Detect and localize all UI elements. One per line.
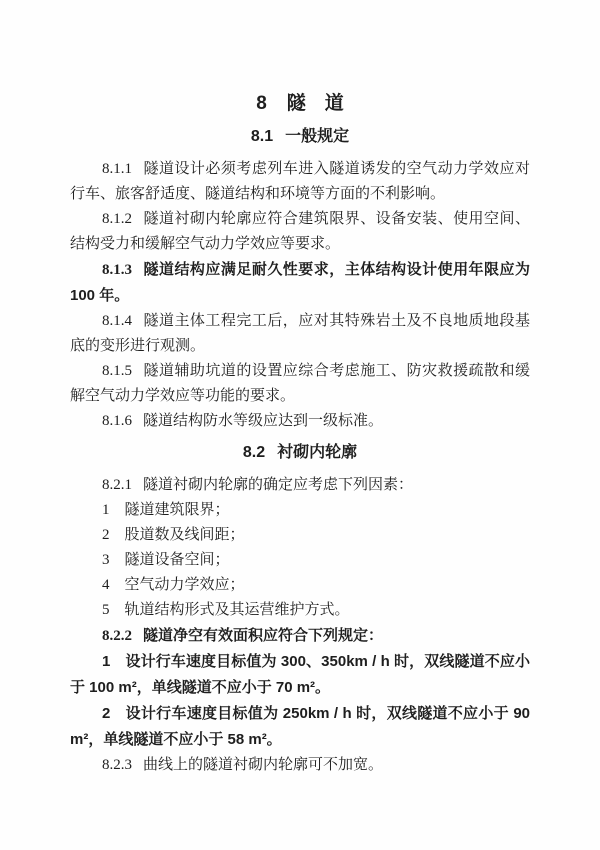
item-number: 2 xyxy=(102,705,125,722)
item-number: 4 xyxy=(102,577,125,593)
clause-number: 8.1.4 xyxy=(102,313,143,329)
clause-number: 8.2.1 xyxy=(102,477,143,493)
clause-8-1-3-mandatory: 8.1.3隧道结构应满足耐久性要求，主体结构设计使用年限应为 100 年。 xyxy=(70,257,530,309)
list-item-factor-4: 4空气动力学效应； xyxy=(70,573,530,598)
section-title-text: 一般规定 xyxy=(285,126,349,148)
section-heading-8-2: 8.2 衬砌内轮廓 xyxy=(70,442,530,464)
clause-8-1-5: 8.1.5隧道辅助坑道的设置应综合考虑施工、防灾救援疏散和缓解空气动力学效应等功… xyxy=(70,359,530,409)
clause-number: 8.2.3 xyxy=(102,757,143,773)
item-number: 2 xyxy=(102,527,125,543)
clause-text: 隧道净空有效面积应符合下列规定： xyxy=(143,627,383,644)
item-text: 空气动力学效应； xyxy=(125,577,245,593)
chapter-title-text: 隧 道 xyxy=(287,92,344,116)
item-number: 5 xyxy=(102,602,125,618)
clause-text: 隧道衬砌内轮廓的确定应考虑下列因素： xyxy=(143,477,413,493)
clause-8-1-4: 8.1.4隧道主体工程完工后，应对其特殊岩土及不良地质地段基底的变形进行观测。 xyxy=(70,309,530,359)
clause-number: 8.1.3 xyxy=(102,262,143,278)
clause-8-2-2-mandatory: 8.2.2隧道净空有效面积应符合下列规定： xyxy=(70,623,530,649)
chapter-number: 8 xyxy=(256,92,267,116)
item-number: 1 xyxy=(102,502,125,518)
item-text: 股道数及线间距； xyxy=(125,527,245,543)
section-title-text: 衬砌内轮廓 xyxy=(277,442,357,464)
clause-number: 8.1.5 xyxy=(102,363,143,379)
section-number: 8.1 xyxy=(251,126,273,148)
clause-number: 8.1.6 xyxy=(102,413,143,429)
list-item-area-2-mandatory: 2设计行车速度目标值为 250km / h 时，双线隧道不应小于 90 m²，单… xyxy=(70,701,530,753)
section-heading-8-1: 8.1 一般规定 xyxy=(70,126,530,148)
list-item-factor-2: 2股道数及线间距； xyxy=(70,523,530,548)
item-number: 3 xyxy=(102,552,125,568)
clause-8-1-6: 8.1.6隧道结构防水等级应达到一级标准。 xyxy=(70,409,530,434)
list-item-area-1-mandatory: 1设计行车速度目标值为 300、350km / h 时，双线隧道不应小于 100… xyxy=(70,649,530,701)
clause-number: 8.1.2 xyxy=(102,211,143,227)
clause-number: 8.1.1 xyxy=(102,161,143,177)
item-text: 设计行车速度目标值为 300、350km / h 时，双线隧道不应小于 100 … xyxy=(70,653,530,696)
clause-number: 8.2.2 xyxy=(102,628,143,644)
item-number: 1 xyxy=(102,653,125,670)
list-item-factor-5: 5轨道结构形式及其运营维护方式。 xyxy=(70,598,530,623)
document-page: 8 隧 道 8.1 一般规定 8.1.1隧道设计必须考虑列车进入隧道诱发的空气动… xyxy=(0,0,600,850)
clause-8-1-1: 8.1.1隧道设计必须考虑列车进入隧道诱发的空气动力学效应对行车、旅客舒适度、隧… xyxy=(70,157,530,207)
clause-8-1-2: 8.1.2隧道衬砌内轮廓应符合建筑限界、设备安装、使用空间、结构受力和缓解空气动… xyxy=(70,207,530,257)
item-text: 隧道设备空间； xyxy=(125,552,230,568)
clause-8-2-3: 8.2.3曲线上的隧道衬砌内轮廓可不加宽。 xyxy=(70,753,530,778)
list-item-factor-1: 1隧道建筑限界； xyxy=(70,498,530,523)
item-text: 隧道建筑限界； xyxy=(125,502,230,518)
page-content: 8 隧 道 8.1 一般规定 8.1.1隧道设计必须考虑列车进入隧道诱发的空气动… xyxy=(0,0,600,778)
item-text: 轨道结构形式及其运营维护方式。 xyxy=(125,602,350,618)
section-number: 8.2 xyxy=(243,442,265,464)
clause-8-2-1: 8.2.1隧道衬砌内轮廓的确定应考虑下列因素： xyxy=(70,473,530,498)
item-text: 设计行车速度目标值为 250km / h 时，双线隧道不应小于 90 m²，单线… xyxy=(70,705,530,748)
list-item-factor-3: 3隧道设备空间； xyxy=(70,548,530,573)
clause-text: 隧道结构防水等级应达到一级标准。 xyxy=(143,413,383,429)
chapter-title: 8 隧 道 xyxy=(70,92,530,116)
clause-text: 曲线上的隧道衬砌内轮廓可不加宽。 xyxy=(143,757,383,773)
